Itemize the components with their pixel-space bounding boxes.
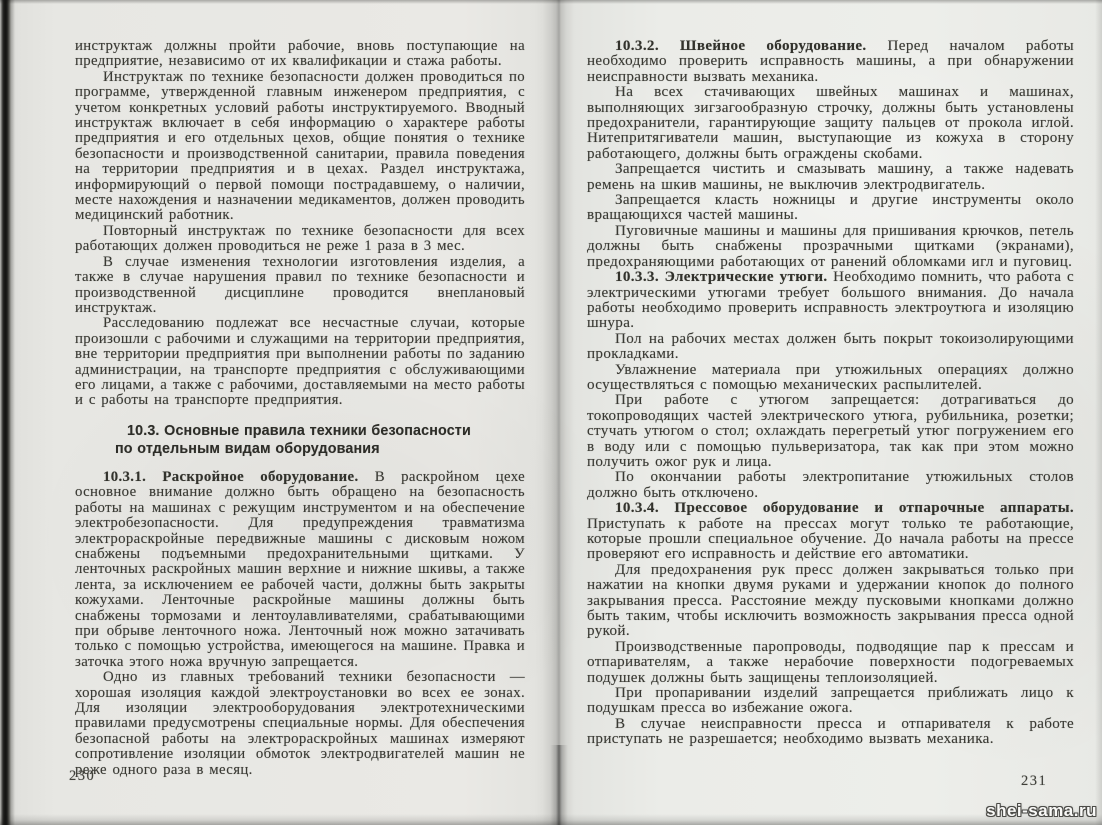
- paragraph-text: В раскройном цехе основное внимание долж…: [75, 469, 525, 670]
- paragraph: При пропаривании изделий запрещается при…: [587, 686, 1074, 717]
- paragraph: Повторный инструктаж по технике безопасн…: [75, 224, 525, 255]
- book-left-edge: [0, 0, 16, 825]
- page-number-left: 230: [69, 768, 95, 785]
- paragraph: Увлажнение материала при утюжильных опер…: [587, 363, 1074, 394]
- paragraph: Запрещается чистить и смазывать машину, …: [587, 162, 1074, 193]
- page-gutter-shadow: [542, 0, 576, 825]
- subsection-title: 10.3.3. Электрические утюги.: [615, 269, 828, 285]
- paragraph: 10.3.1. Раскройное оборудование. В раскр…: [75, 470, 525, 670]
- subsection-title: 10.3.1. Раскройное оборудование.: [103, 469, 359, 485]
- paragraph-text: Приступать к работе на прессах могут тол…: [587, 516, 1074, 563]
- section-heading-line2: по отдельным видам оборудования: [115, 440, 525, 459]
- paragraph: В случае изменения технологии изготовлен…: [75, 255, 525, 317]
- subsection-title: 10.3.2. Швейное оборудование.: [615, 38, 867, 54]
- paragraph: Для предохранения рук пресс должен закры…: [587, 563, 1074, 640]
- subsection-title: 10.3.4. Прессовое оборудование и отпароч…: [615, 500, 1074, 516]
- paragraph: Инструктаж по технике безопасности долже…: [75, 70, 525, 224]
- paragraph: 10.3.4. Прессовое оборудование и отпароч…: [587, 501, 1074, 563]
- paragraph: 10.3.3. Электрические утюги. Необходимо …: [587, 270, 1074, 332]
- paragraph: Пуговичные машины и машины для пришивани…: [587, 224, 1074, 270]
- scan-right-edge: [1095, 0, 1102, 825]
- book-spread-scan: инструктаж должны пройти рабочие, вновь …: [0, 0, 1102, 825]
- paragraph: Одно из главных требований техники безоп…: [75, 670, 525, 778]
- section-heading: 10.3. Основные правила техники безопасно…: [115, 422, 525, 459]
- paragraph: Расследованию подлежат все несчастные сл…: [75, 316, 525, 408]
- page-number-right: 231: [1021, 773, 1047, 790]
- paragraph: При работе с утюгом запрещается: дотраги…: [587, 393, 1074, 470]
- paragraph: В случае неисправности пресса и отпарива…: [587, 717, 1074, 748]
- paragraph: Пол на рабочих местах должен быть покрыт…: [587, 332, 1074, 363]
- paragraph: Запрещается класть ножницы и другие инст…: [587, 193, 1074, 224]
- paragraph: По окончании работы электропитание утюжи…: [587, 470, 1074, 501]
- left-page: инструктаж должны пройти рабочие, вновь …: [75, 39, 525, 778]
- paragraph: Производственные паропроводы, подводящие…: [587, 640, 1074, 686]
- paragraph: 10.3.2. Швейное оборудование. Перед нача…: [587, 39, 1074, 85]
- page-gutter-shadow-bottom: [550, 745, 568, 825]
- paragraph: инструктаж должны пройти рабочие, вновь …: [75, 39, 525, 70]
- paragraph: На всех стачивающих швейных машинах и ма…: [587, 85, 1074, 162]
- right-page: 10.3.2. Швейное оборудование. Перед нача…: [587, 39, 1074, 748]
- watermark: shei-sama.ru: [986, 801, 1097, 821]
- section-heading-line1: 10.3. Основные правила техники безопасно…: [115, 422, 525, 441]
